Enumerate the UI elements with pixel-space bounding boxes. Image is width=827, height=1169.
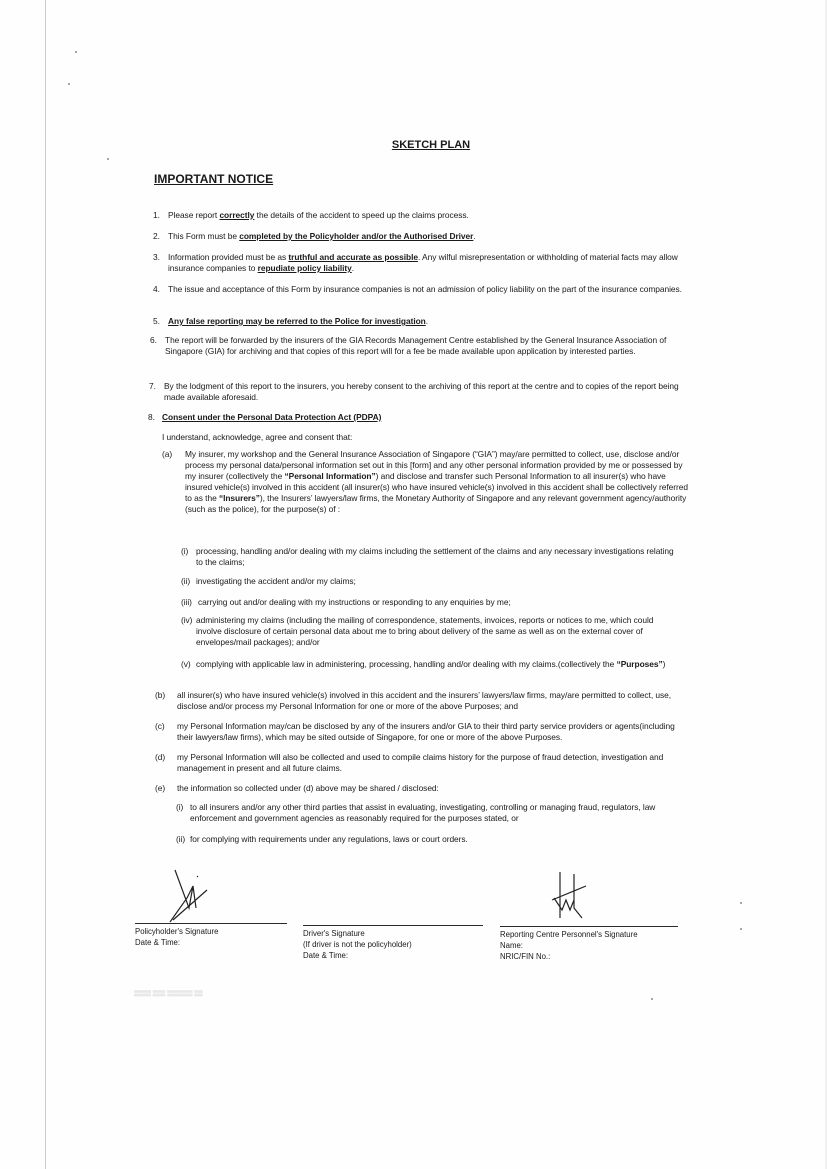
consent-e: (e) the information so collected under (… xyxy=(155,783,690,794)
reporting-signature-line xyxy=(500,926,678,927)
notice-item-4: 4. The issue and acceptance of this Form… xyxy=(153,284,698,295)
consent-b: (b) all insurer(s) who have insured vehi… xyxy=(155,690,690,712)
consent-a-iii: (iii) carrying out and/or dealing with m… xyxy=(181,597,681,608)
notice-item-5: 5. Any false reporting may be referred t… xyxy=(153,316,693,327)
scan-speck xyxy=(68,83,70,85)
notice-item-2: 2. This Form must be completed by the Po… xyxy=(153,231,693,242)
pdpa-heading: Consent under the Personal Data Protecti… xyxy=(148,412,693,423)
policyholder-signature-label: Policyholder's Signature Date & Time: xyxy=(135,926,218,948)
consent-c: (c) my Personal Information may/can be d… xyxy=(155,721,690,743)
policyholder-signature-line xyxy=(135,923,287,924)
scan-speck xyxy=(740,902,742,904)
reporting-signature-label: Reporting Centre Personnel's Signature N… xyxy=(500,929,638,962)
consent-a-ii: (ii) investigating the accident and/or m… xyxy=(181,576,681,587)
emphasis: completed by the Policyholder and/or the… xyxy=(239,231,473,241)
scan-speck xyxy=(740,928,742,930)
driver-signature-label: Driver's Signature (If driver is not the… xyxy=(303,928,412,961)
scan-speck xyxy=(107,158,109,160)
consent-e-i: (i) to all insurers and/or any other thi… xyxy=(176,802,686,824)
emphasis: repudiate policy liability xyxy=(258,263,352,273)
policyholder-signature-mark xyxy=(165,868,215,924)
consent-e-ii: (ii) for complying with requirements und… xyxy=(176,834,686,845)
scan-speck xyxy=(651,998,653,1000)
emphasis: correctly xyxy=(219,210,254,220)
emphasis: Any false reporting may be referred to t… xyxy=(168,316,426,326)
consent-a-iv: (iv) administering my claims (including … xyxy=(181,615,681,648)
driver-signature-line xyxy=(303,925,483,926)
document-title: SKETCH PLAN xyxy=(0,139,827,151)
consent-a-i: (i) processing, handling and/or dealing … xyxy=(181,546,681,568)
notice-heading: IMPORTANT NOTICE xyxy=(154,172,273,186)
consent-d: (d) my Personal Information will also be… xyxy=(155,752,690,774)
reporting-personnel-signature-mark xyxy=(548,870,598,924)
notice-item-7: 7. By the lodgment of this report to the… xyxy=(149,381,694,403)
notice-item-6: 6. The report will be forwarded by the i… xyxy=(150,335,695,357)
notice-item-1: 1. Please report correctly the details o… xyxy=(153,210,693,221)
notice-item-8: 8. Consent under the Personal Data Prote… xyxy=(148,412,693,423)
emphasis: truthful and accurate as possible xyxy=(288,252,418,262)
notice-item-3: 3. Information provided must be as truth… xyxy=(153,252,693,274)
consent-intro: I understand, acknowledge, agree and con… xyxy=(162,432,692,443)
scan-speck xyxy=(75,51,77,53)
consent-a: (a) My insurer, my workshop and the Gene… xyxy=(162,449,692,515)
consent-a-v: (v) complying with applicable law in adm… xyxy=(181,659,681,670)
faded-footer-reference: ▒▒▒▒ ▒▒▒ ▒▒▒▒▒▒ ▒▒ xyxy=(134,991,203,997)
page-scan-edge xyxy=(45,0,46,1169)
